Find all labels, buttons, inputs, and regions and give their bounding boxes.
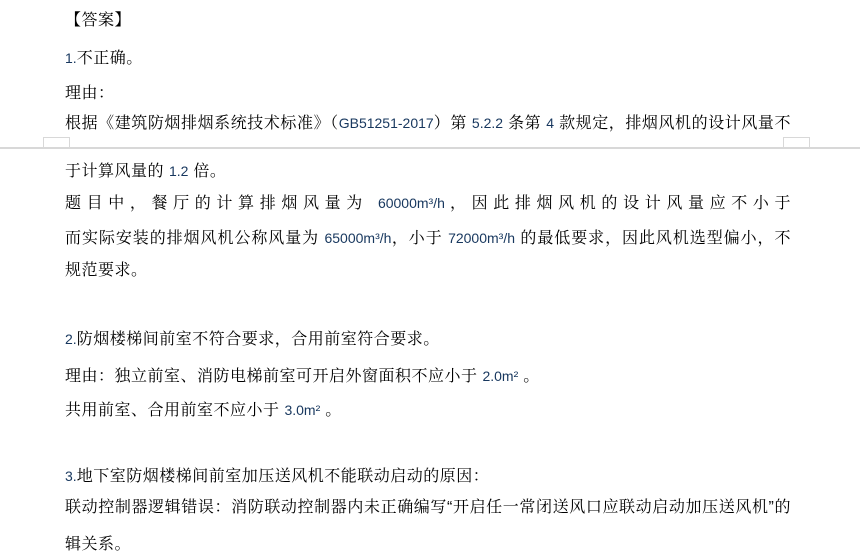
numeric-run: GB51251-2017	[339, 115, 434, 131]
text-run: 地下室防烟楼梯间前室加压送风机不能联动启动的原因：	[77, 468, 490, 485]
answer2-conclusion: 2.防烟楼梯间前室不符合要求，合用前室符合要求。	[65, 329, 791, 349]
text-run: 。	[320, 402, 341, 419]
numeric-run: 72000m³/h	[448, 230, 515, 246]
text-run: 辑关系。	[65, 536, 131, 553]
numeric-run: 3.	[65, 468, 77, 484]
text-run: 条第	[503, 115, 546, 132]
answer1-calc-line2: 而实际安装的排烟风机公称风量为 65000m³/h，小于 72000m³/h 的…	[65, 228, 791, 248]
text-run: 共用前室、合用前室不应小于	[65, 402, 284, 419]
answer1-reason-label: 理由：	[65, 84, 791, 104]
document-window: { "page": { "background": "#ffffff", "te…	[0, 0, 860, 560]
text-run: 而实际安装的排烟风机公称风量为	[65, 230, 324, 247]
text-run: ）第	[434, 115, 472, 132]
text-run: 题目中，餐厅的计算排烟风量为	[65, 195, 378, 212]
answer1-conclusion: 1.不正确。	[65, 48, 791, 68]
text-run: 根据《建筑防烟排烟系统技术标准》（	[65, 115, 339, 132]
answer3-reason-line2: 辑关系。	[65, 535, 791, 555]
numeric-run: 1.2	[169, 163, 188, 179]
text-run: 【答案】	[65, 12, 131, 29]
answer1-calc-line3: 规范要求。	[65, 261, 791, 281]
numeric-run: 65000m³/h	[324, 230, 391, 246]
numeric-run: 60000m³/h	[378, 195, 445, 211]
document-page: 【答案】1.不正确。理由：根据《建筑防烟排烟系统技术标准》（GB51251-20…	[65, 0, 791, 560]
text-run: 规范要求。	[65, 262, 148, 279]
answer3-reason-line1: 联动控制器逻辑错误：消防联动控制器内未正确编写“开启任一常闭送风口应联动启动加压…	[65, 498, 791, 518]
numeric-run: 3.0m²	[284, 402, 320, 418]
text-run: ，因此排烟风机的设计风量应不小于	[445, 195, 791, 212]
answer3-heading: 3.地下室防烟楼梯间前室加压送风机不能联动启动的原因：	[65, 466, 791, 486]
answer-heading: 【答案】	[65, 11, 791, 31]
answer1-reason-line2: 于计算风量的 1.2 倍。	[65, 161, 791, 181]
text-run: 防烟楼梯间前室不符合要求，合用前室符合要求。	[77, 331, 440, 348]
text-run: 联动控制器逻辑错误：消防联动控制器内未正确编写“开启任一常闭送风口应联动启动加压…	[65, 499, 791, 518]
numeric-run: 2.	[65, 331, 77, 347]
answer2-reason-line2: 共用前室、合用前室不应小于 3.0m² 。	[65, 400, 791, 420]
text-run: 理由：独立前室、消防电梯前室可开启外窗面积不应小于	[65, 368, 482, 385]
text-run: 理由：	[65, 85, 115, 102]
text-run: 倍。	[188, 163, 226, 180]
text-run: 不正确。	[77, 50, 143, 67]
text-run: ，小于	[391, 230, 448, 247]
numeric-run: 1.	[65, 50, 77, 66]
text-run: 。	[518, 368, 539, 385]
numeric-run: 5.2.2	[472, 115, 503, 131]
text-run: 于计算风量的	[65, 163, 169, 180]
answer2-reason-line1: 理由：独立前室、消防电梯前室可开启外窗面积不应小于 2.0m² 。	[65, 366, 791, 386]
answer1-calc-line1: 题目中，餐厅的计算排烟风量为 60000m³/h，因此排烟风机的设计风量应不小于…	[65, 193, 791, 213]
answer1-reason-line1: 根据《建筑防烟排烟系统技术标准》（GB51251-2017）第 5.2.2 条第…	[65, 113, 791, 133]
numeric-run: 2.0m²	[482, 368, 518, 384]
numeric-run: 4	[546, 115, 554, 131]
